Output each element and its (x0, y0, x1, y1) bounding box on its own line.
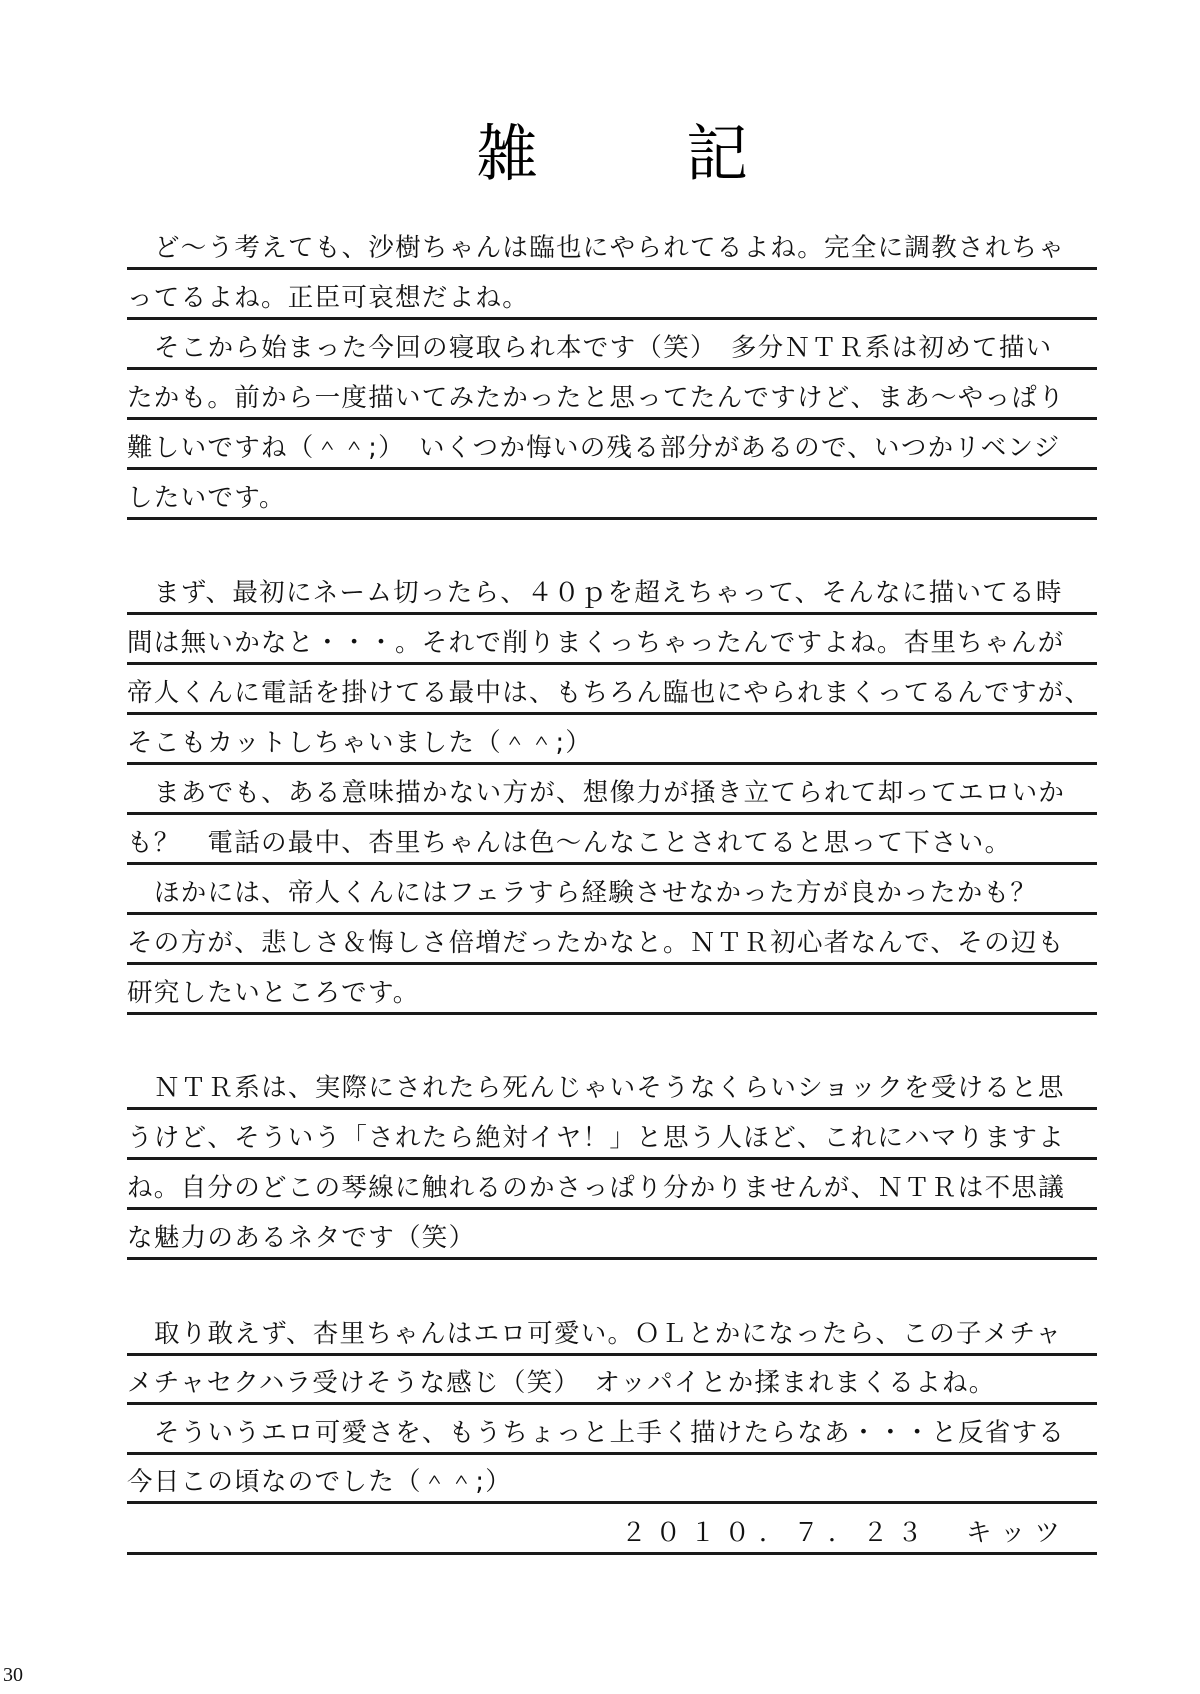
text-line: まあでも、ある意味描かない方が、想像力が掻き立てられて却ってエロいか (127, 771, 1097, 815)
line-text: そこから始まった今回の寝取られ本です（笑） 多分ＮＴＲ系は初めて描い (127, 333, 1052, 363)
text-line: メチャセクハラ受けそうな感じ（笑） オッパイとか揉まれまくるよね。 (127, 1361, 1097, 1405)
text-line: も？ 電話の最中、杏里ちゃんは色～んなことされてると思って下さい。 (127, 821, 1097, 865)
text-line: まず、最初にネーム切ったら、４０ｐを超えちゃって、そんなに描いてる時 (127, 571, 1097, 615)
text-line: ってるよね。正臣可哀想だよね。 (127, 276, 1097, 320)
line-text: ってるよね。正臣可哀想だよね。 (127, 283, 529, 313)
line-text: 今日この頃なのでした（＾＾;） (127, 1467, 512, 1497)
line-text: メチャセクハラ受けそうな感じ（笑） オッパイとか揉まれまくるよね。 (127, 1368, 996, 1398)
signature-line: ２０１０．７．２３ キッツ (127, 1511, 1097, 1555)
line-text: ＮＴＲ系は、実際にされたら死んじゃいそうなくらいショックを受けると思 (127, 1073, 1065, 1103)
text-line: 帝人くんに電話を掛けてる最中は、もちろん臨也にやられまくってるんですが、 (127, 671, 1097, 715)
line-text: 難しいですね（＾＾;） いくつか悔いの残る部分があるので、いつかリベンジ (127, 433, 1061, 463)
text-line: ＮＴＲ系は、実際にされたら死んじゃいそうなくらいショックを受けると思 (127, 1066, 1097, 1110)
text-line: 取り敢えず、杏里ちゃんはエロ可愛い。ＯＬとかになったら、この子メチャ (127, 1312, 1097, 1356)
text-line: その方が、悲しさ＆悔しさ倍増だったかなと。ＮＴＲ初心者なんで、その辺も (127, 921, 1097, 965)
text-line: 今日この頃なのでした（＾＾;） (127, 1460, 1097, 1504)
line-text: な魅力のあるネタです（笑） (127, 1223, 475, 1253)
text-line: 研究したいところです。 (127, 971, 1097, 1015)
title-char-2: 記 (686, 118, 748, 190)
line-text: も？ 電話の最中、杏里ちゃんは色～んなことされてると思って下さい。 (127, 828, 1011, 858)
text-line: うけど、そういう「されたら絶対イヤ！」と思う人ほど、これにハマりますよ (127, 1116, 1097, 1160)
line-text: そこもカットしちゃいました（＾＾;） (127, 728, 592, 758)
line-text: ほかには、帝人くんにはフェラすら経験させなかった方が良かったかも？ (127, 878, 1037, 908)
line-text: ね。自分のどこの琴線に触れるのかさっぱり分かりませんが、ＮＴＲは不思議 (127, 1173, 1065, 1203)
line-text: そういうエロ可愛さを、もうちょっと上手く描けたらなあ・・・と反省する (127, 1418, 1065, 1448)
title-char-1: 雑 (476, 118, 538, 190)
text-line: な魅力のあるネタです（笑） (127, 1216, 1097, 1260)
line-text: ど～う考えても、沙樹ちゃんは臨也にやられてるよね。完全に調教されちゃ (127, 233, 1065, 263)
line-text: 間は無いかなと・・・。それで削りまくっちゃったんですよね。杏里ちゃんが (127, 628, 1065, 658)
line-text: まず、最初にネーム切ったら、４０ｐを超えちゃって、そんなに描いてる時 (127, 578, 1063, 608)
text-line: ね。自分のどこの琴線に触れるのかさっぱり分かりませんが、ＮＴＲは不思議 (127, 1166, 1097, 1210)
line-text: その方が、悲しさ＆悔しさ倍増だったかなと。ＮＴＲ初心者なんで、その辺も (127, 928, 1065, 958)
line-text: たかも。前から一度描いてみたかったと思ってたんですけど、まあ～やっぱり (127, 383, 1065, 413)
page-title: 雑 記 (0, 118, 1200, 198)
text-line: したいです。 (127, 476, 1097, 520)
page-number: 30 (3, 1664, 23, 1687)
text-line: そこもカットしちゃいました（＾＾;） (127, 721, 1097, 765)
line-text: うけど、そういう「されたら絶対イヤ！」と思う人ほど、これにハマりますよ (127, 1123, 1065, 1153)
line-text: 帝人くんに電話を掛けてる最中は、もちろん臨也にやられまくってるんですが、 (127, 678, 1091, 708)
text-line: たかも。前から一度描いてみたかったと思ってたんですけど、まあ～やっぱり (127, 376, 1097, 420)
line-text: したいです。 (127, 483, 286, 513)
text-line: 難しいですね（＾＾;） いくつか悔いの残る部分があるので、いつかリベンジ (127, 426, 1097, 470)
text-line: ど～う考えても、沙樹ちゃんは臨也にやられてるよね。完全に調教されちゃ (127, 226, 1097, 270)
text-line: ほかには、帝人くんにはフェラすら経験させなかった方が良かったかも？ (127, 871, 1097, 915)
signature-text: ２０１０．７．２３ キッツ (621, 1518, 1069, 1548)
text-line: そこから始まった今回の寝取られ本です（笑） 多分ＮＴＲ系は初めて描い (127, 326, 1097, 370)
text-line: そういうエロ可愛さを、もうちょっと上手く描けたらなあ・・・と反省する (127, 1411, 1097, 1455)
line-text: まあでも、ある意味描かない方が、想像力が掻き立てられて却ってエロいか (127, 778, 1065, 808)
text-line: 間は無いかなと・・・。それで削りまくっちゃったんですよね。杏里ちゃんが (127, 621, 1097, 665)
line-text: 研究したいところです。 (127, 978, 420, 1008)
line-text: 取り敢えず、杏里ちゃんはエロ可愛い。ＯＬとかになったら、この子メチャ (127, 1319, 1062, 1349)
